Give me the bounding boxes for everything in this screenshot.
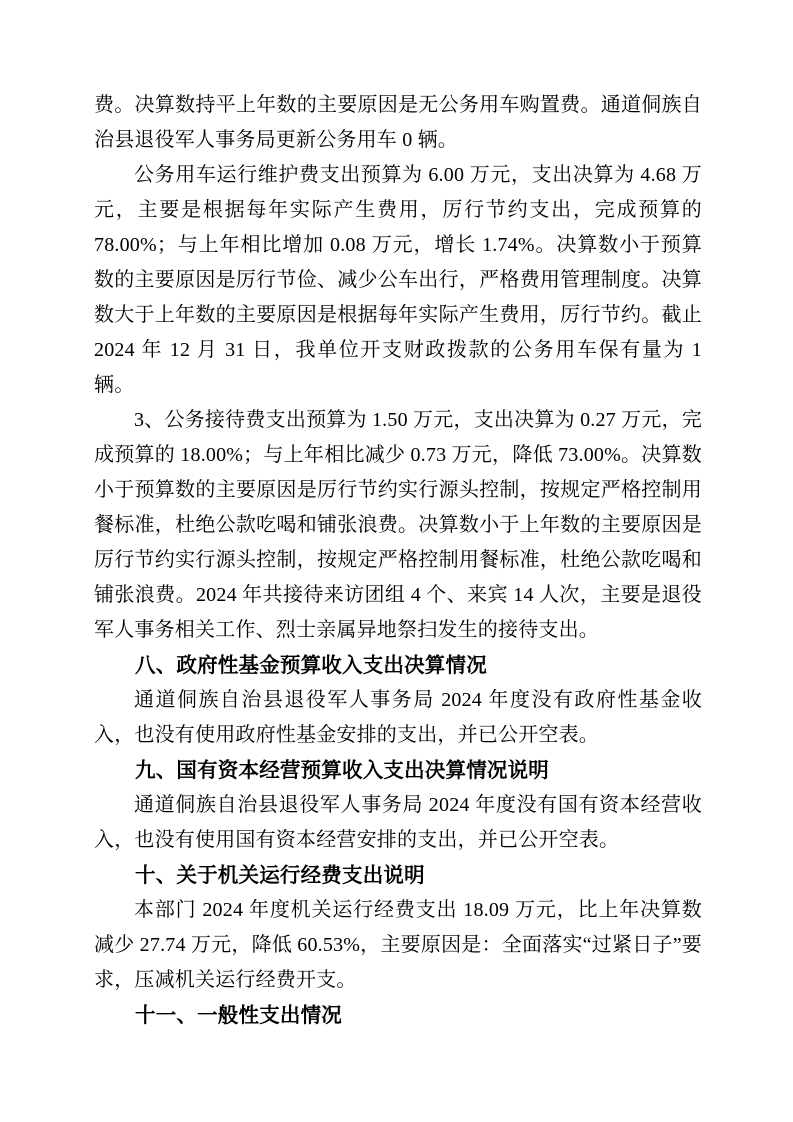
body-paragraph: 公务用车运行维护费支出预算为 6.00 万元，支出决算为 4.68 万元，主要是… xyxy=(94,158,702,403)
section-heading-government-funds: 八、政府性基金预算收入支出决算情况 xyxy=(94,648,702,683)
section-heading-general-expenditure: 十一、一般性支出情况 xyxy=(94,998,702,1033)
section-heading-state-capital: 九、国有资本经营预算收入支出决算情况说明 xyxy=(94,753,702,788)
body-paragraph: 通道侗族自治县退役军人事务局 2024 年度没有政府性基金收入，也没有使用政府性… xyxy=(94,683,702,753)
body-paragraph: 3、公务接待费支出预算为 1.50 万元，支出决算为 0.27 万元，完成预算的… xyxy=(94,403,702,648)
section-heading-operating-expenses: 十、关于机关运行经费支出说明 xyxy=(94,858,702,893)
document-page: 费。决算数持平上年数的主要原因是无公务用车购置费。通道侗族自治县退役军人事务局更… xyxy=(0,0,793,1122)
body-paragraph: 通道侗族自治县退役军人事务局 2024 年度没有国有资本经营收入，也没有使用国有… xyxy=(94,788,702,858)
document-content: 费。决算数持平上年数的主要原因是无公务用车购置费。通道侗族自治县退役军人事务局更… xyxy=(94,88,702,1033)
body-paragraph: 费。决算数持平上年数的主要原因是无公务用车购置费。通道侗族自治县退役军人事务局更… xyxy=(94,88,702,158)
body-paragraph: 本部门 2024 年度机关运行经费支出 18.09 万元，比上年决算数减少 27… xyxy=(94,893,702,998)
